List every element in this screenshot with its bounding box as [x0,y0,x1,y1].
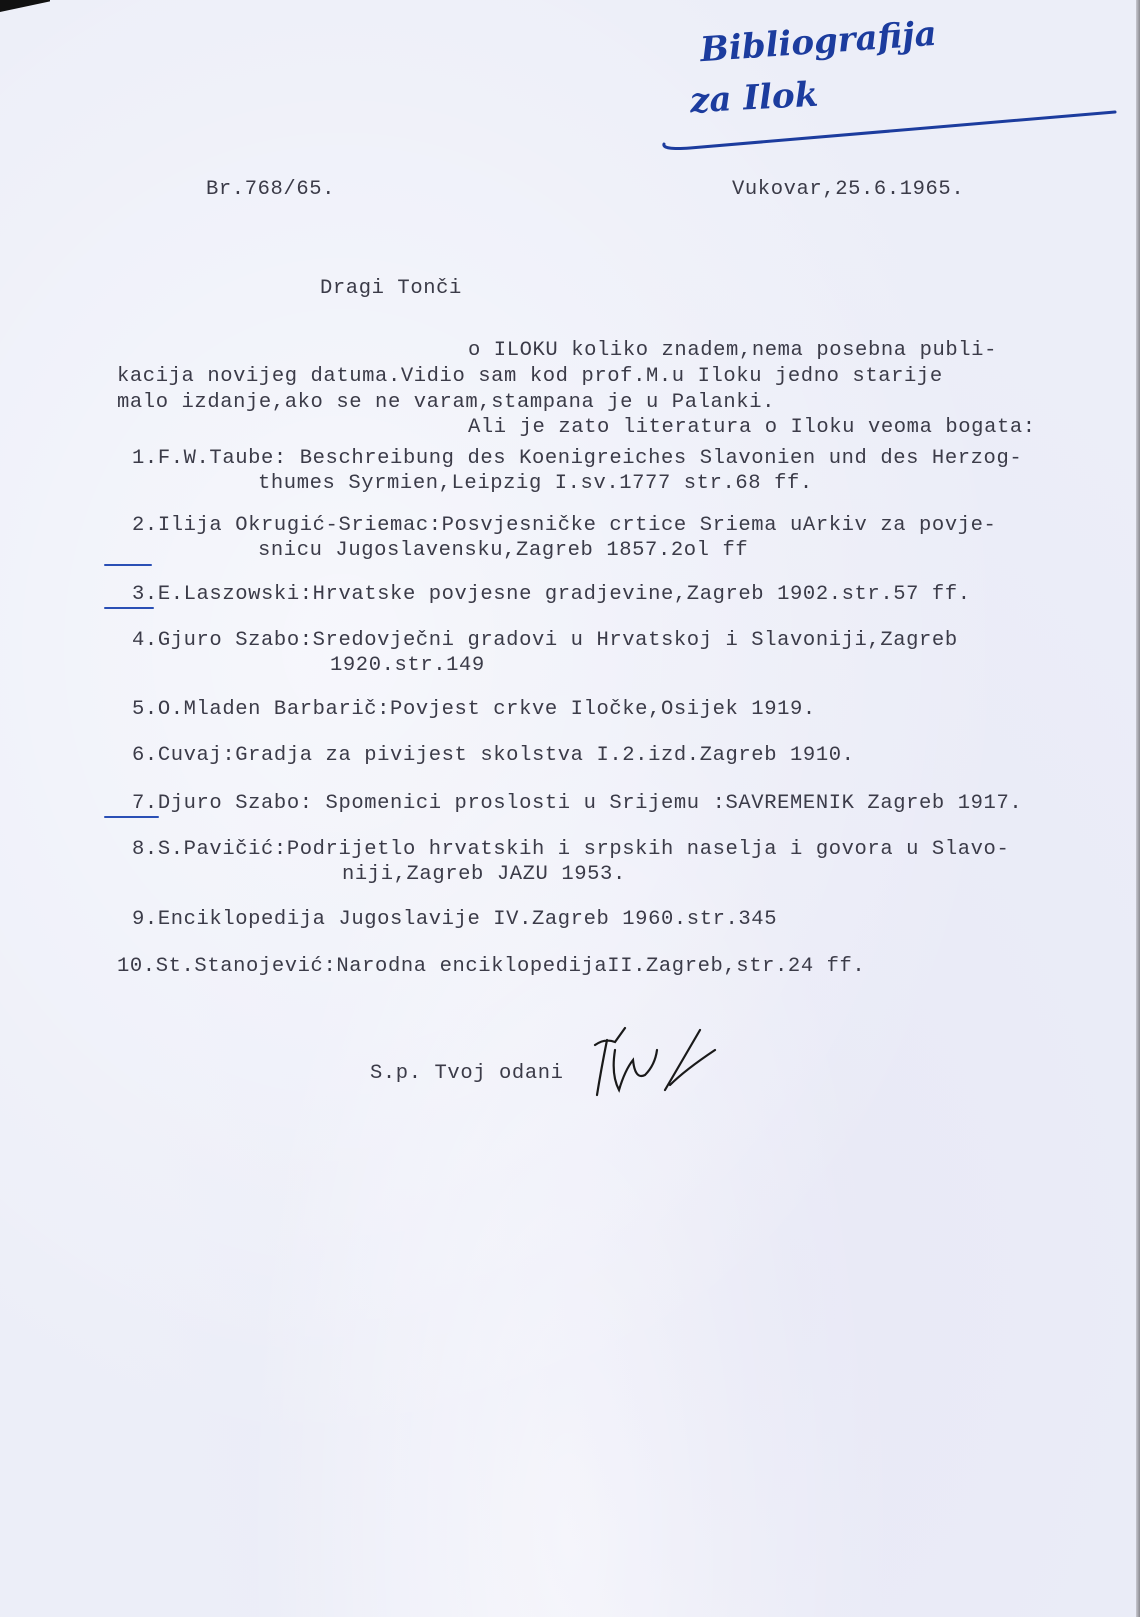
place-date: Vukovar,25.6.1965. [732,178,964,202]
bibliography-item-number: 8. [132,838,158,861]
body-line-2: kacija novijeg datuma.Vidio sam kod prof… [117,365,943,389]
bibliography-item-line2: niji,Zagreb JAZU 1953. [342,863,626,887]
bibliography-item-number: 4. [132,629,158,652]
bibliography-item-line2: 1920.str.149 [330,654,485,678]
body-line-1: o ILOKU koliko znadem,nema posebna publi… [468,339,997,363]
bibliography-item-line1: 2.Ilija Okrugić-Sriemac:Posvjesničke crt… [132,514,996,538]
handwritten-mark-icon [104,564,152,566]
bibliography-item-line1: 4.Gjuro Szabo:Sredovječni gradovi u Hrva… [132,629,958,653]
bibliography-item-number: 2. [132,514,158,537]
bibliography-item-text: Djuro Szabo: Spomenici proslosti u Srije… [158,792,1022,815]
body-line-3: malo izdanje,ako se ne varam,stampana je… [117,391,775,415]
page-edge [1136,0,1140,1617]
closing: S.p. Tvoj odani [370,1062,564,1086]
bibliography-item-number: 1. [132,447,158,470]
salutation: Dragi Tonči [320,277,462,301]
handwritten-mark-icon [104,607,154,609]
bibliography-item-text: Cuvaj:Gradja za pivijest skolstva I.2.iz… [158,744,855,767]
bibliography-item-line1: 6.Cuvaj:Gradja za pivijest skolstva I.2.… [132,744,855,768]
bibliography-item-number: 6. [132,744,158,767]
bibliography-item-number: 9. [132,908,158,931]
bibliography-item-line1: 1.F.W.Taube: Beschreibung des Koenigreic… [132,447,1022,471]
bibliography-item-text: Ilija Okrugić-Sriemac:Posvjesničke crtic… [158,514,997,537]
handwritten-note-line1: Bibliografija [699,14,938,70]
handwritten-underline-icon [660,108,1120,153]
bibliography-item-text: St.Stanojević:Narodna enciklopedijaII.Za… [156,955,866,978]
bibliography-item-line2: snicu Jugoslavensku,Zagreb 1857.2ol ff [258,539,748,563]
bibliography-item-text: F.W.Taube: Beschreibung des Koenigreiche… [158,447,1022,470]
bibliography-item-number: 7. [132,792,158,815]
bibliography-item-line1: 7.Djuro Szabo: Spomenici proslosti u Sri… [132,792,1022,816]
letter-page: Bibliografija za Ilok Br.768/65. Vukovar… [0,0,1140,1617]
bibliography-item-number: 3. [132,583,158,606]
signature-icon [585,1020,725,1100]
bibliography-item-line2: thumes Syrmien,Leipzig I.sv.1777 str.68 … [258,472,813,496]
bibliography-item-text: S.Pavičić:Podrijetlo hrvatskih i srpskih… [158,838,1010,861]
bibliography-item-text: Enciklopedija Jugoslavije IV.Zagreb 1960… [158,908,777,931]
bibliography-item-text: Gjuro Szabo:Sredovječni gradovi u Hrvats… [158,629,958,652]
body-line-4: Ali je zato literatura o Iloku veoma bog… [468,416,1036,440]
bibliography-item-number: 5. [132,698,158,721]
bibliography-item-line1: 3.E.Laszowski:Hrvatske povjesne gradjevi… [132,583,971,607]
bibliography-item-line1: 8.S.Pavičić:Podrijetlo hrvatskih i srpsk… [132,838,1009,862]
reference-number: Br.768/65. [206,178,335,202]
bibliography-item-text: E.Laszowski:Hrvatske povjesne gradjevine… [158,583,971,606]
bibliography-item-line1: 5.O.Mladen Barbarič:Povjest crkve Iločke… [132,698,816,722]
bibliography-item-number: 10. [117,955,156,978]
bibliography-item-line1: 10.St.Stanojević:Narodna enciklopedijaII… [117,955,865,979]
bibliography-item-line1: 9.Enciklopedija Jugoslavije IV.Zagreb 19… [132,908,777,932]
torn-corner [0,0,50,12]
bibliography-item-text: O.Mladen Barbarič:Povjest crkve Iločke,O… [158,698,816,721]
handwritten-mark-icon [104,816,159,818]
